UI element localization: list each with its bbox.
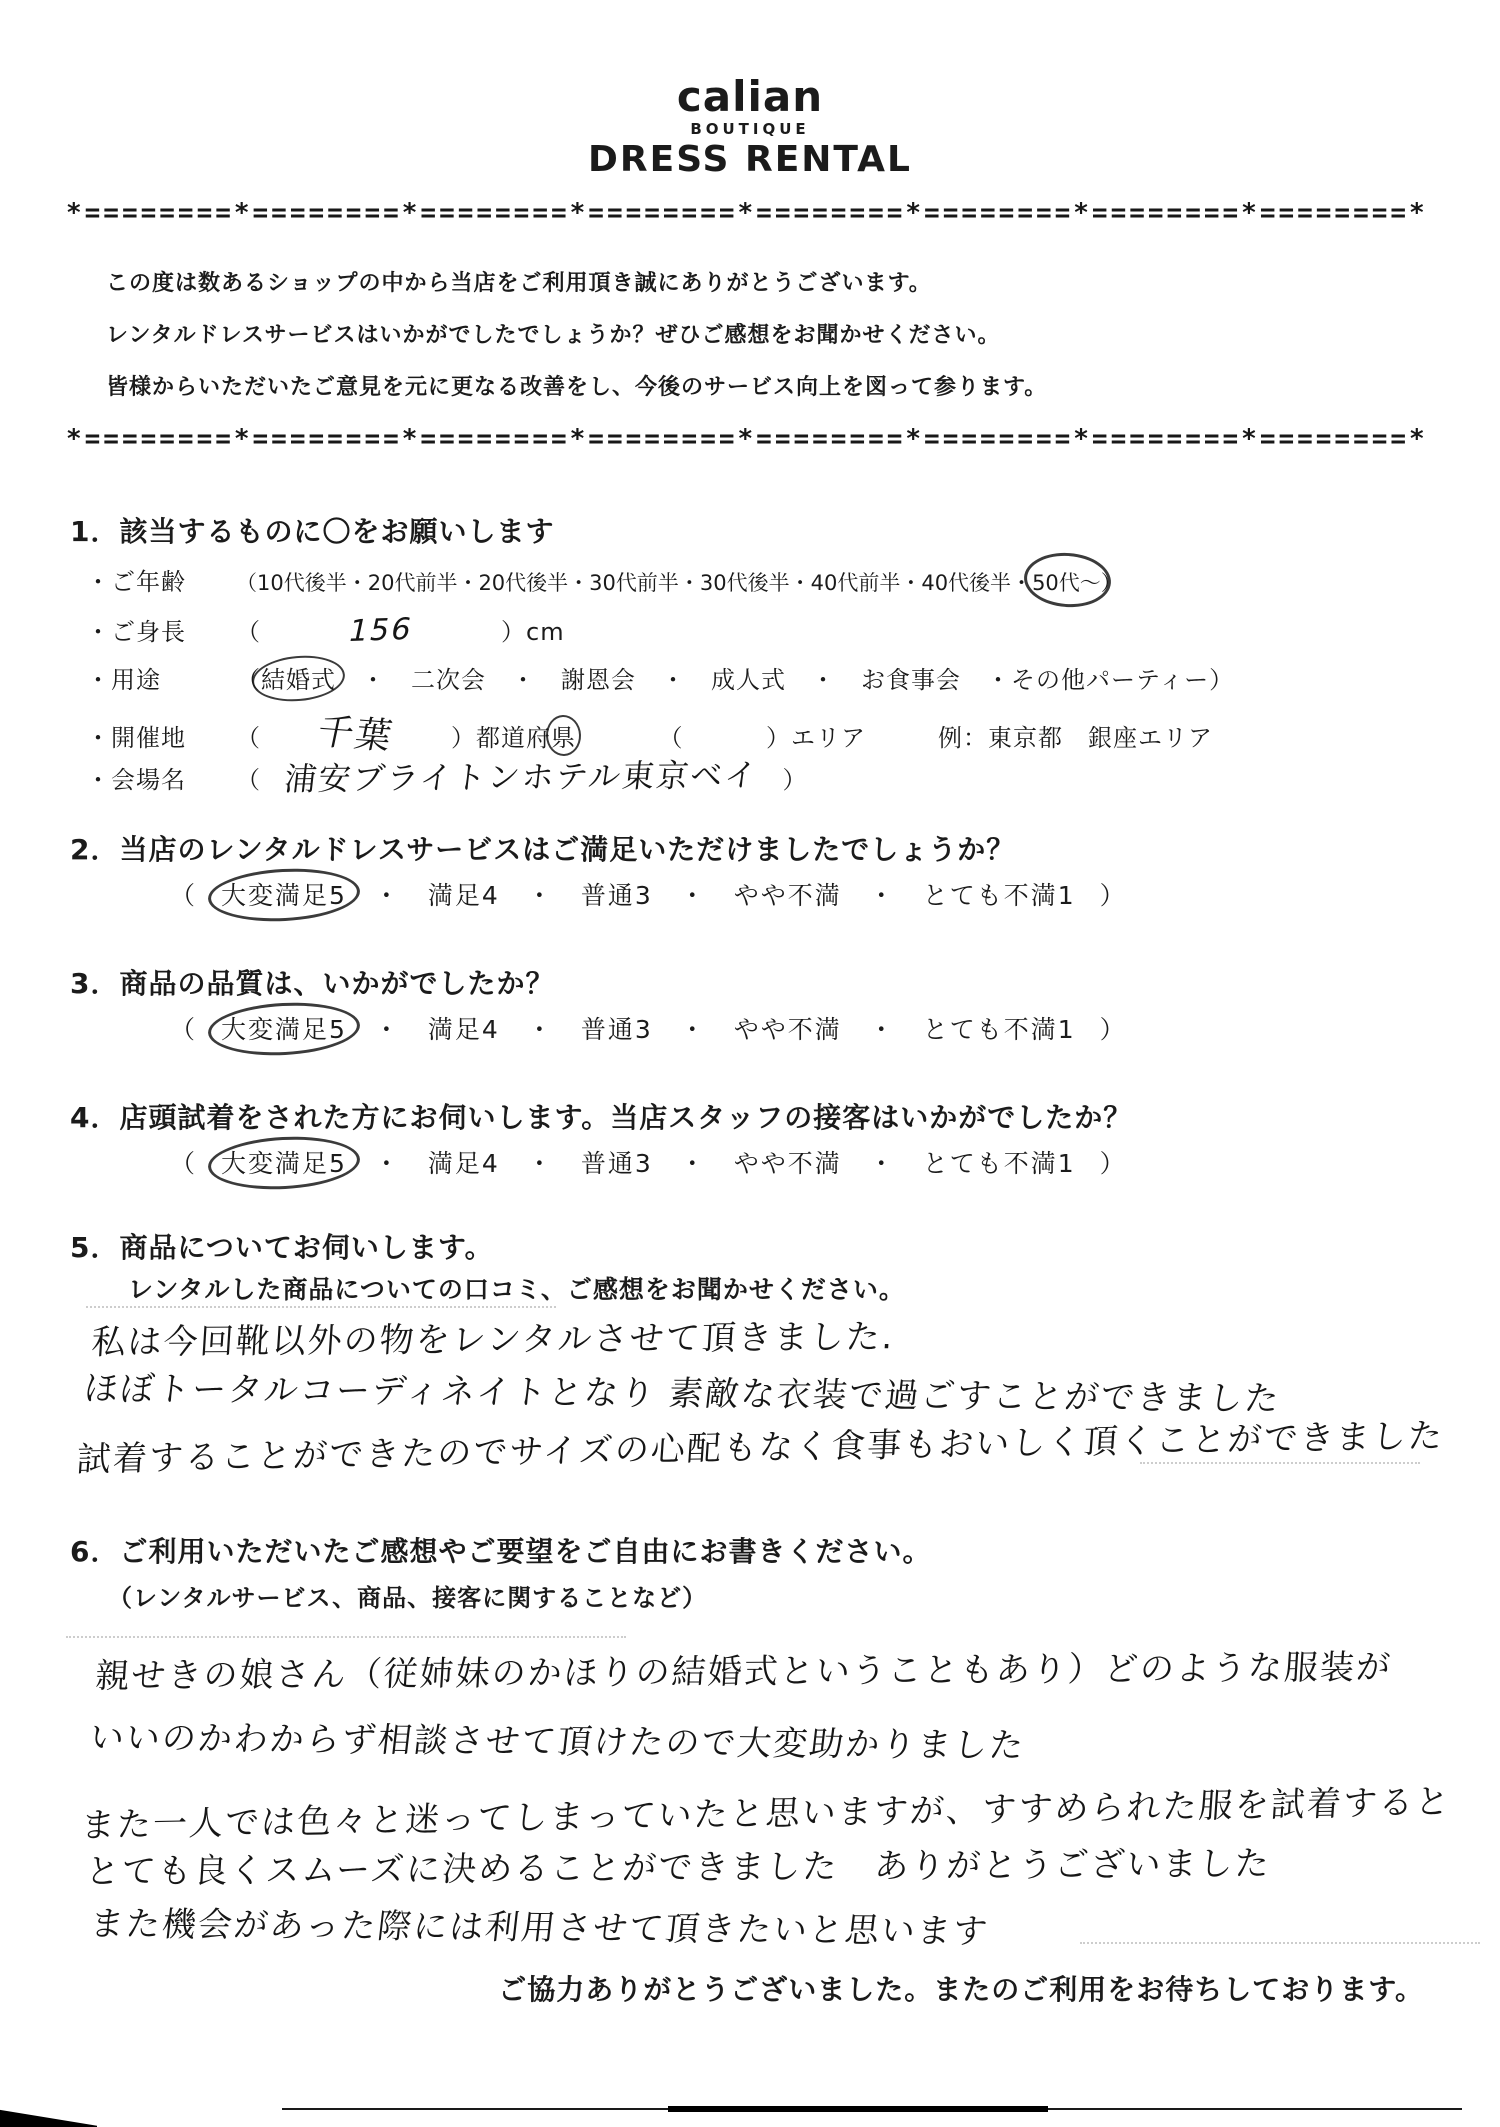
q2-options-row: （大変満足5 ・ 満足4 ・ 普通3 ・ やや不満 ・ とても不満1） xyxy=(170,876,1127,912)
q1-heading: 1．該当するものに〇をお願いします xyxy=(70,510,554,550)
q3-options: ・ 満足4 ・ 普通3 ・ やや不満 ・ とても不満1 xyxy=(347,1015,1076,1044)
intro-line-3: 皆様からいただいたご意見を元に更なる改善をし、今後のサービス向上を図って参ります… xyxy=(106,362,1047,414)
separator-top: *========*========*========*========*===… xyxy=(66,198,1446,228)
separator-middle: *========*========*========*========*===… xyxy=(66,424,1446,454)
q3-options-row: （大変満足5 ・ 満足4 ・ 普通3 ・ やや不満 ・ とても不満1） xyxy=(170,1010,1127,1046)
q6-handwritten-line-1: 親せきの娘さん（従姉妹のかほりの結婚式ということもあり）どのような服装が xyxy=(96,1644,1392,1693)
q1-location-paren-close: ） xyxy=(451,724,476,752)
q2-paren-close: ） xyxy=(1100,881,1127,910)
q1-age-paren-open: （ xyxy=(236,571,257,595)
q2-options: ・ 満足4 ・ 普通3 ・ やや不満 ・ とても不満1 xyxy=(347,881,1076,910)
q1-purpose-selected-circle: 結婚式 xyxy=(261,660,336,695)
q1-area-example: 例：東京都 銀座エリア xyxy=(938,724,1213,752)
q1-area-label: エリア xyxy=(791,724,866,752)
q4-paren-open: （ xyxy=(170,1149,197,1178)
q6-handwritten-line-2: いいのかわからず相談させて頂けたので大変助かりました xyxy=(90,1714,1026,1763)
q4-options: ・ 満足4 ・ 普通3 ・ やや不満 ・ とても不満1 xyxy=(347,1149,1076,1178)
scan-artifact-corner xyxy=(0,2088,97,2127)
q1-prefecture-circled-ken: 県 xyxy=(551,718,576,753)
q1-purpose-paren-close: ） xyxy=(1209,666,1234,694)
writing-guide-line xyxy=(1080,1942,1480,1944)
q1-age-label: ・ご年齢 xyxy=(86,562,236,597)
q1-age-row: ・ご年齢（10代後半・20代前半・20代後半・30代前半・30代後半・40代前半… xyxy=(86,562,1122,597)
q1-age-paren-close: ） xyxy=(1101,571,1122,595)
q6-note: （レンタルサービス、商品、接客に関することなど） xyxy=(108,1578,707,1613)
q1-area-slot: （ xyxy=(576,718,766,753)
q6-handwritten-line-5: また機会があった際には利用させて頂きたいと思います xyxy=(90,1900,990,1949)
q1-height-unit: cm xyxy=(526,618,565,646)
q1-age-options: 10代後半・20代前半・20代後半・30代前半・30代後半・40代前半・40代後… xyxy=(257,571,1032,595)
writing-guide-line xyxy=(66,1636,626,1638)
q1-venue-row: ・会場名（浦安ブライトンホテル東京ベイ） xyxy=(86,752,807,798)
scanned-questionnaire-page: calian BOUTIQUE DRESS RENTAL *========*=… xyxy=(0,0,1500,2127)
q4-heading: 4．店頭試着をされた方にお伺いします。当店スタッフの接客はいかがでしたか？ xyxy=(70,1096,1132,1136)
q5-handwritten-line-2: ほぼトータルコーディネイトとなり 素敵な衣装で過ごすことができました xyxy=(84,1366,1281,1415)
q1-venue-paren-open: （ xyxy=(236,766,261,794)
q1-location-row: ・開催地（千葉）都道府県（）エリア例：東京都 銀座エリア xyxy=(86,706,1213,757)
q3-heading: 3．商品の品質は、いかがでしたか？ xyxy=(70,962,554,1002)
q2-paren-open: （ xyxy=(170,881,197,910)
q1-height-label: ・ご身長 xyxy=(86,612,236,647)
q1-location-paren-open: （ xyxy=(236,724,261,752)
header: calian BOUTIQUE DRESS RENTAL xyxy=(0,76,1500,180)
q1-area-paren-open: （ xyxy=(659,724,684,752)
writing-guide-line xyxy=(86,1306,556,1308)
q1-venue-label: ・会場名 xyxy=(86,760,236,795)
q5-heading: 5．商品についてお伺いします。 xyxy=(70,1226,494,1266)
q3-paren-close: ） xyxy=(1100,1015,1127,1044)
intro-text: この度は数あるショップの中から当店をご利用頂き誠にありがとうございます。 レンタ… xyxy=(106,258,1047,414)
q6-heading: 6．ご利用いただいたご感想やご要望をご自由にお書きください。 xyxy=(70,1530,932,1570)
q4-selected-circle: 大変満足5 xyxy=(221,1144,347,1180)
q1-purpose-label: ・用途 xyxy=(86,660,236,695)
q5-handwritten-line-1: 私は今回靴以外の物をレンタルさせて頂きました. xyxy=(92,1312,895,1361)
brand-logo: calian xyxy=(0,76,1500,118)
q1-venue-paren-close: ） xyxy=(782,766,807,794)
intro-line-2: レンタルドレスサービスはいかがでしたでしょうか？ぜひご感想をお聞かせください。 xyxy=(106,310,1047,362)
q1-location-label: ・開催地 xyxy=(86,718,236,753)
q5-prompt: レンタルした商品についての口コミ、ご感想をお聞かせください。 xyxy=(128,1270,905,1306)
q2-selected-circle: 大変満足5 xyxy=(221,876,347,912)
q1-height-row: ・ご身長（156）cm xyxy=(86,612,565,648)
q1-purpose-row: ・用途（結婚式 ・ 二次会 ・ 謝恩会 ・ 成人式 ・ お食事会 ・その他パーテ… xyxy=(86,660,1234,695)
q1-purpose-options: ・ 二次会 ・ 謝恩会 ・ 成人式 ・ お食事会 ・その他パーティー xyxy=(336,666,1209,694)
q3-paren-open: （ xyxy=(170,1015,197,1044)
q1-purpose-paren-open: （ xyxy=(236,666,261,694)
q4-options-row: （大変満足5 ・ 満足4 ・ 普通3 ・ やや不満 ・ とても不満1） xyxy=(170,1144,1127,1180)
q3-selected-circle: 大変満足5 xyxy=(221,1010,347,1046)
brand-sub-label: BOUTIQUE xyxy=(0,120,1500,138)
q1-height-paren-close: ） xyxy=(501,618,526,646)
q1-area-paren-close: ） xyxy=(766,724,791,752)
q1-prefecture-text: 都道府 xyxy=(476,724,551,752)
scan-artifact-line-thick xyxy=(668,2106,1048,2112)
q6-handwritten-line-3: また一人では色々と迷ってしまっていたと思いますが、すすめられた服を試着すると xyxy=(82,1786,1450,1835)
handwritten-venue-value: 浦安ブライトンホテル東京ベイ xyxy=(282,750,761,800)
handwritten-height-value: 156 xyxy=(345,612,416,649)
page-title: DRESS RENTAL xyxy=(0,140,1500,180)
q2-heading: 2．当店のレンタルドレスサービスはご満足いただけましたでしょうか？ xyxy=(70,828,1015,868)
q1-height-paren-open: （ xyxy=(236,618,261,646)
writing-guide-line xyxy=(1140,1462,1420,1464)
intro-line-1: この度は数あるショップの中から当店をご利用頂き誠にありがとうございます。 xyxy=(106,258,1047,310)
q4-paren-close: ） xyxy=(1100,1149,1127,1178)
footer-thanks-text: ご協力ありがとうございました。またのご利用をお待ちしております。 xyxy=(498,1968,1424,2008)
q1-age-selected-circle: 50代～ xyxy=(1032,567,1101,597)
q6-handwritten-line-4: とても良くスムーズに決めることができました ありがとうございました xyxy=(86,1840,1271,1889)
